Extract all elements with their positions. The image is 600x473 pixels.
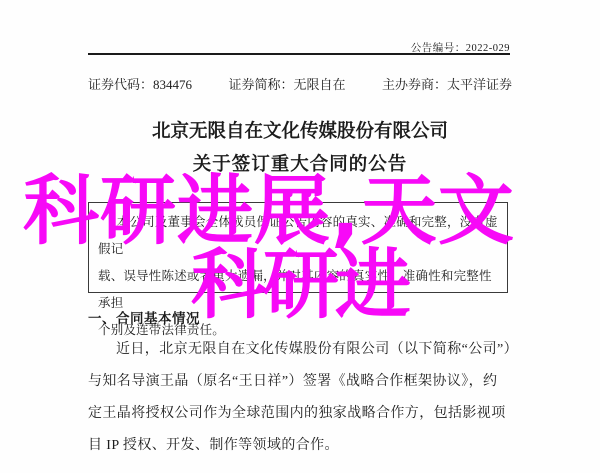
securities-code: 证券代码：834476 <box>88 74 192 93</box>
securities-info-row: 证券代码：834476 证券简称：无限自在 主办券商：太平洋证券 <box>88 74 512 93</box>
body-line-4: 目 IP 授权、开发、制作等领域的合作。 <box>88 430 512 462</box>
securities-short-name: 证券简称：无限自在 <box>228 74 345 93</box>
header-divider-line <box>88 53 510 55</box>
announcement-subject-title: 关于签订重大合同的公告 <box>0 155 600 175</box>
section-heading-contract-basics: 一、合同基本情况 <box>88 307 200 327</box>
announcement-document: 公告编号：2022-029 证券代码：834476 证券简称：无限自在 主办券商… <box>0 0 600 473</box>
contract-body-paragraph: 近日，北京无限自在文化传媒股份有限公司（以下简称“公司”） 与知名导演王晶（原名… <box>88 334 512 462</box>
body-line-2: 与知名导演王晶（原名“王日祥”）签署《战略合作框架协议》，约 <box>88 366 512 398</box>
document-title-block: 北京无限自在文化传媒股份有限公司 关于签订重大合同的公告 <box>0 122 600 175</box>
body-line-3: 定王晶将授权公司作为全球范围内的独家战略合作方，包括影视项 <box>88 398 512 430</box>
disclaimer-line-1: 本公司及董事会全体成员保证公告内容的真实、准确和完整，没有虚假记 <box>98 209 498 263</box>
body-line-1: 近日，北京无限自在文化传媒股份有限公司（以下简称“公司”） <box>88 334 512 366</box>
sponsor-broker: 主办券商：太平洋证券 <box>382 74 512 93</box>
company-name-title: 北京无限自在文化传媒股份有限公司 <box>0 122 600 142</box>
disclaimer-box: 本公司及董事会全体成员保证公告内容的真实、准确和完整，没有虚假记 载、误导性陈述… <box>88 202 508 293</box>
